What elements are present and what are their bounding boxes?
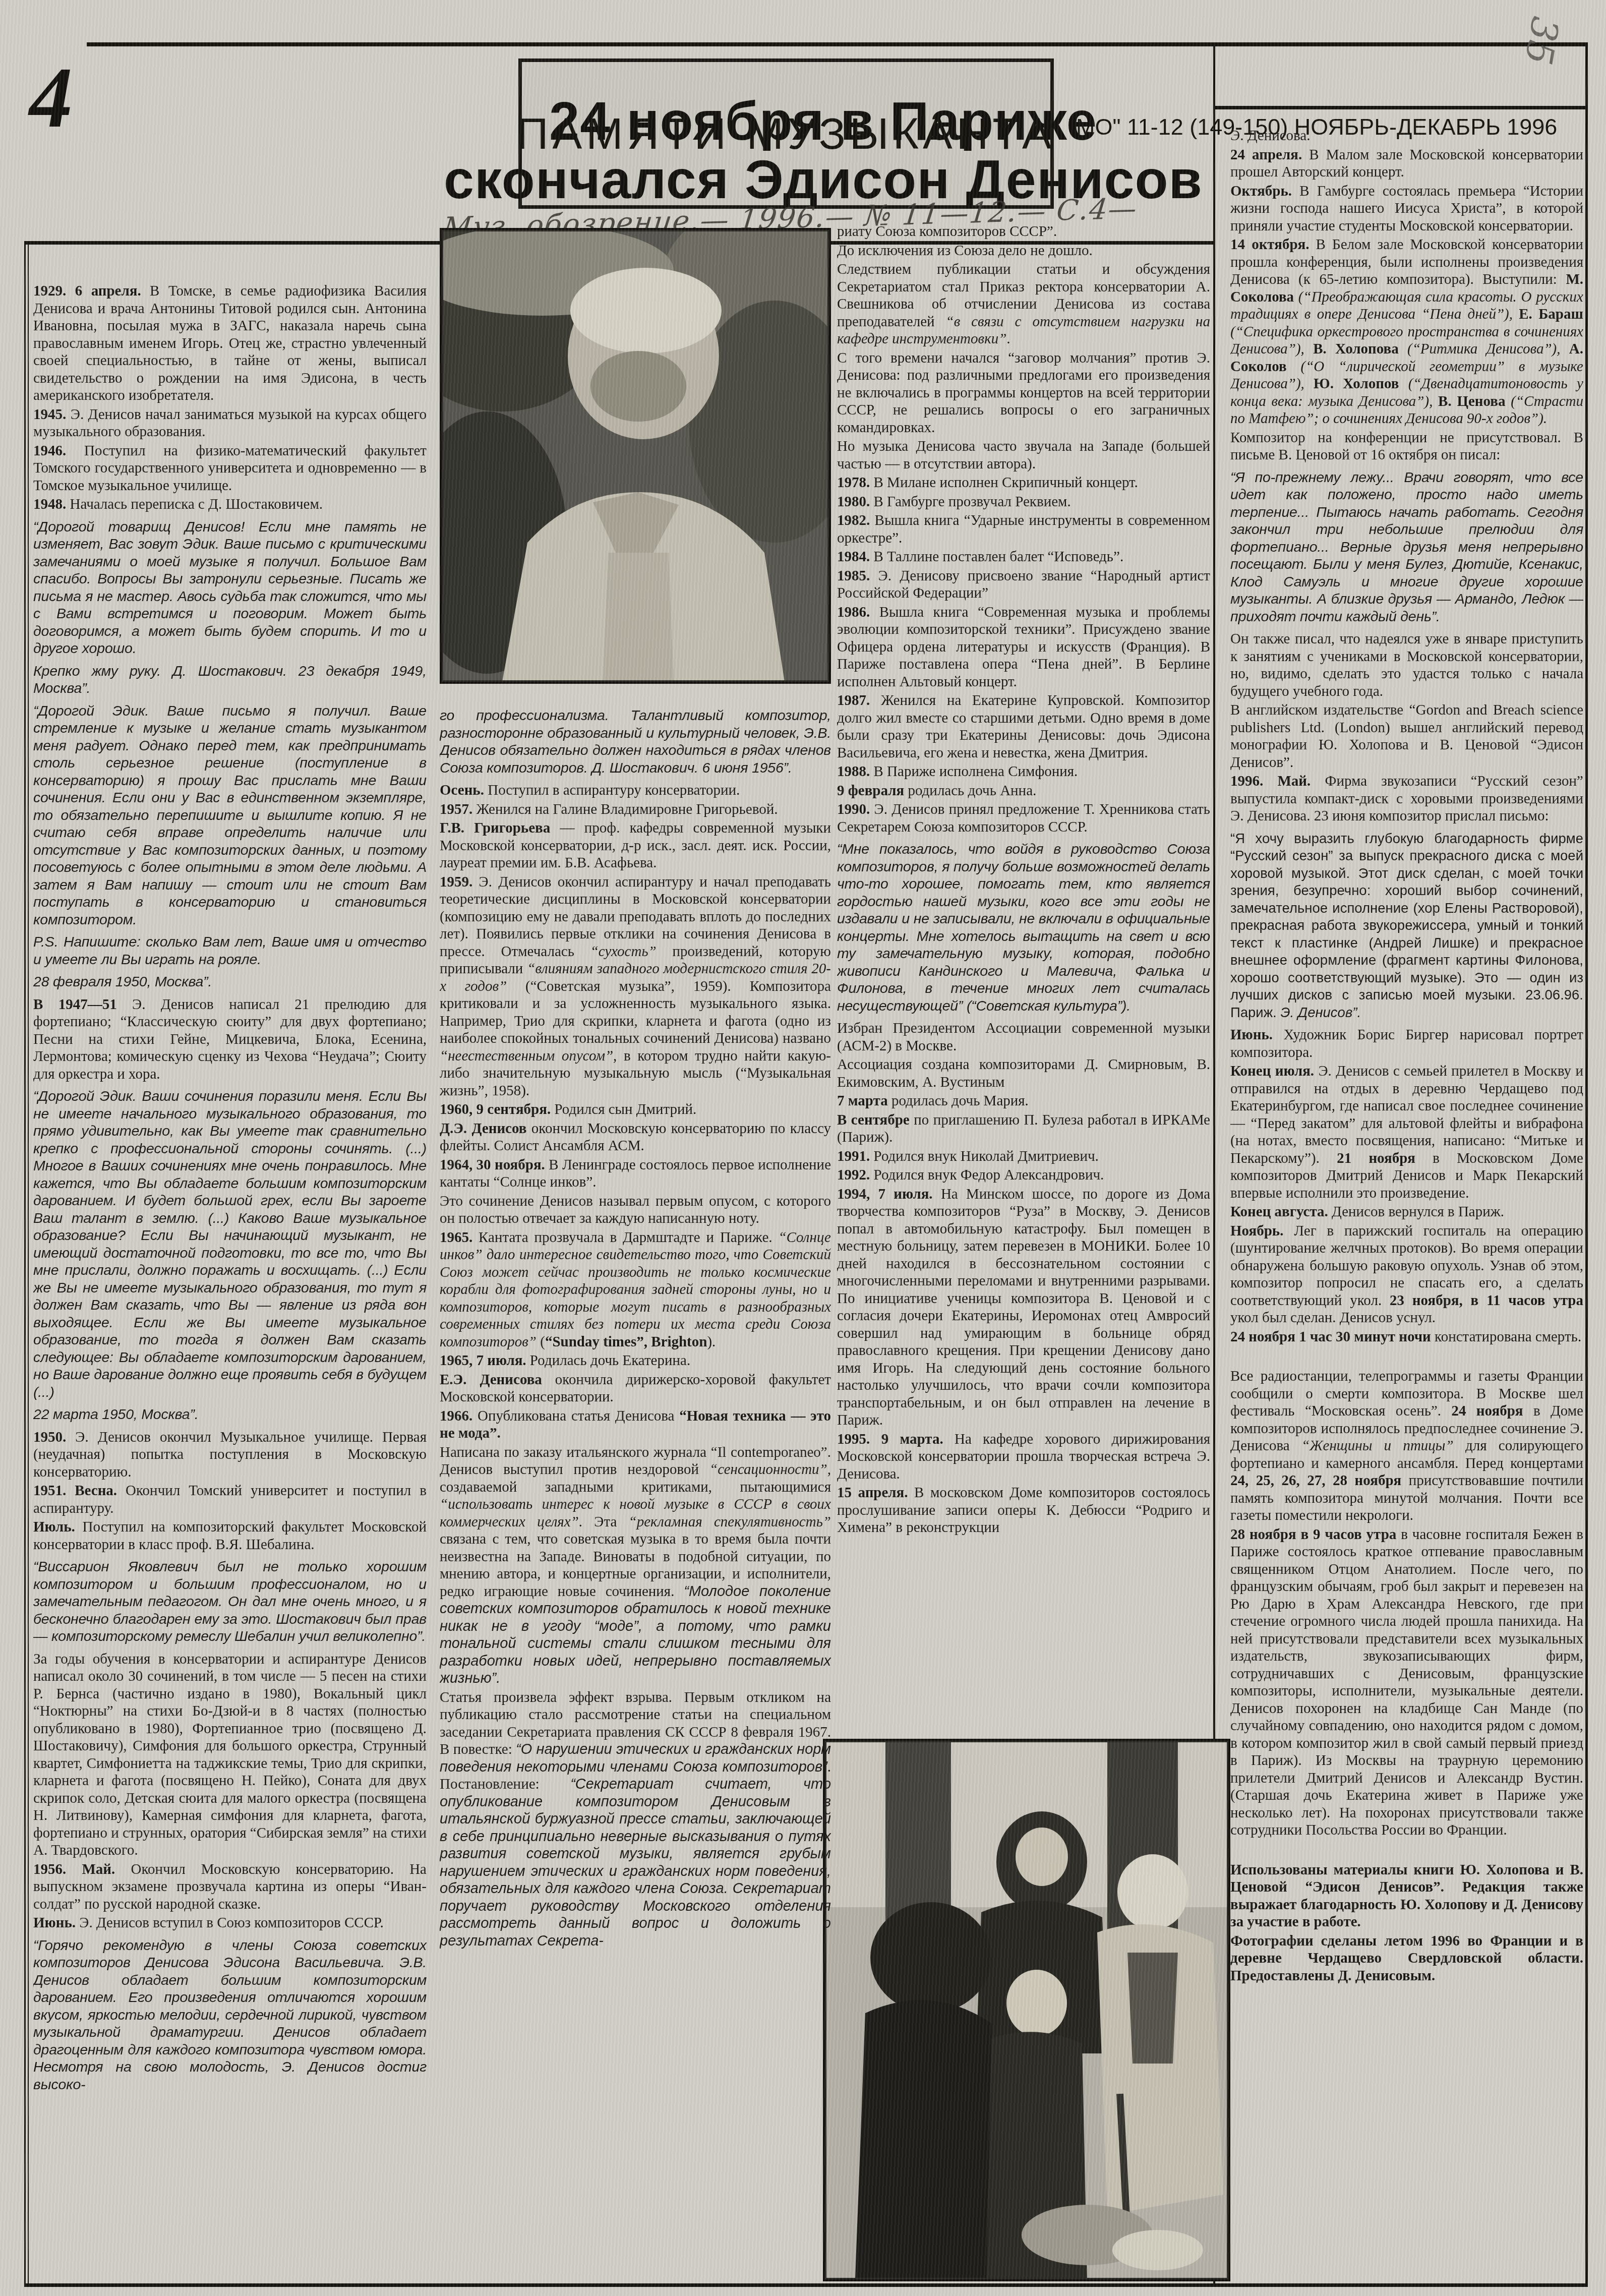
bottom-rule: [24, 2283, 1588, 2287]
paragraph: Э. Денисова.: [1230, 127, 1583, 145]
paragraph: 1948. Началась переписка с Д. Шостакович…: [33, 496, 427, 513]
paragraph: Конец августа. Денисов вернулся в Париж.: [1230, 1203, 1583, 1221]
paragraph: Но музыка Денисова часто звучала на Запа…: [837, 438, 1210, 473]
paragraph: 1950. Э. Денисов окончил Музыкальное учи…: [33, 1429, 427, 1481]
denisov-portrait-photo: [440, 228, 831, 684]
paragraph: 1966. Опубликована статья Денисова “Нова…: [440, 1407, 831, 1442]
paragraph: “Дорогой товарищ Денисов! Если мне памят…: [33, 518, 427, 658]
paragraph: С того времени начался “заговор молчания…: [837, 349, 1210, 437]
chronicle-column-1: 1929. 6 апреля. В Томске, в семье радиоф…: [33, 282, 427, 2278]
paragraph: Г.В. Григорьева — проф. кафедры современ…: [440, 819, 831, 872]
paragraph: “Мне показалось, что войдя в руководство…: [837, 841, 1210, 1015]
paragraph: В английском издательстве “Gordon and Br…: [1230, 701, 1583, 771]
paragraph: 1945. Э. Денисов начал заниматься музыко…: [33, 406, 427, 441]
chronicle-column-4: Э. Денисова.24 апреля. В Малом зале Моск…: [1230, 127, 1583, 2278]
paragraph: 14 октября. В Белом зале Московской конс…: [1230, 236, 1583, 428]
paragraph: “Дорогой Эдик. Ваше письмо я получил. Ва…: [33, 702, 427, 929]
paragraph: В 1947—51 Э. Денисов написал 21 прелюдию…: [33, 996, 427, 1083]
paragraph: 24 апреля. В Малом зале Московской консе…: [1230, 146, 1583, 181]
paragraph: Октябрь. В Гамбурге состоялась премьера …: [1230, 183, 1583, 235]
paragraph: 1987. Женился на Екатерине Купровской. К…: [837, 692, 1210, 761]
paragraph: 28 ноября в 9 часов утра в часовне госпи…: [1230, 1526, 1583, 1839]
paragraph: го профессионализма. Талантливый компози…: [440, 707, 831, 777]
paragraph: Осень. Поступил в аспирантуру консервато…: [440, 782, 831, 799]
paragraph: 1978. В Милане исполнен Скрипичный конце…: [837, 474, 1210, 492]
paragraph: 1951. Весна. Окончил Томский университет…: [33, 1482, 427, 1517]
paragraph: Крепко жму руку. Д. Шостакович. 23 декаб…: [33, 663, 427, 697]
paragraph: 1982. Вышла книга “Ударные инструменты в…: [837, 512, 1210, 547]
paragraph: 1959. Э. Денисов окончил аспирантуру и н…: [440, 873, 831, 1100]
paragraph: Июнь. Э. Денисов вступил в Союз композит…: [33, 1914, 427, 1932]
paragraph: 1960, 9 сентября. Родился сын Дмитрий.: [440, 1101, 831, 1118]
paragraph: 1985. Э. Денисову присвоено звание “Наро…: [837, 567, 1210, 602]
paragraph: P.S. Напишите: сколько Вам лет, Ваше имя…: [33, 933, 427, 968]
paragraph: 1988. В Париже исполнена Симфония.: [837, 763, 1210, 781]
paragraph: 1986. Вышла книга “Современная музыка и …: [837, 604, 1210, 691]
denisov-portrait-image: [442, 230, 829, 682]
paragraph: Использованы материалы книги Ю. Холопова…: [1230, 1861, 1583, 1931]
family-photo: [823, 1739, 1230, 2281]
paragraph: 1992. Родился внук Федор Александрович.: [837, 1166, 1210, 1184]
paragraph: 1946. Поступил на физико-математический …: [33, 442, 427, 495]
paragraph: До исключения из Союза дело не дошло.: [837, 242, 1210, 260]
paragraph: “Горячо рекомендую в члены Союза советск…: [33, 1937, 427, 2094]
paragraph: Это сочинение Денисов называл первым опу…: [440, 1193, 831, 1227]
paragraph: Конец июля. Э. Денисов с семьей прилетел…: [1230, 1063, 1583, 1202]
paragraph: 1995. 9 марта. На кафедре хорового дириж…: [837, 1431, 1210, 1483]
paragraph: риату Союза композиторов СССР”.: [837, 223, 1210, 241]
chronicle-column-2: го профессионализма. Талантливый компози…: [440, 702, 831, 2281]
paragraph: В сентябре по приглашению П. Булеза рабо…: [837, 1111, 1210, 1146]
paragraph: Статья произвела эффект взрыва. Первым о…: [440, 1689, 831, 1950]
paragraph: “Дорогой Эдик. Ваши сочинения поразили м…: [33, 1088, 427, 1401]
newspaper-page: 4 ПАМЯТИ МУЗЫКАНТА "МО" 11-12 (149-150) …: [0, 0, 1606, 2296]
chronicle-column-3: риату Союза композиторов СССР”.До исключ…: [837, 223, 1210, 1726]
headline-line-1: 24 ноября в Париже: [549, 90, 1097, 151]
paragraph: 1990. Э. Денисов принял предложение Т. Х…: [837, 801, 1210, 836]
paragraph: 15 апреля. В московском Доме композиторо…: [837, 1484, 1210, 1537]
paragraph: 1956. Май. Окончил Московскую консервато…: [33, 1861, 427, 1913]
paragraph: 1996. Май. Фирма звукозаписи “Русский се…: [1230, 773, 1583, 825]
paragraph: 1964, 30 ноября. В Ленинграде состоялось…: [440, 1156, 831, 1191]
paragraph: Е.Э. Денисова окончила дирижерско-хорово…: [440, 1371, 831, 1406]
article-headline: 24 ноября в Париже скончался Эдисон Дени…: [434, 92, 1213, 209]
paragraph: 1980. В Гамбурге прозвучал Реквием.: [837, 493, 1210, 511]
right-frame-rule: [1585, 42, 1588, 2287]
paragraph: Избран Президентом Ассоциации современно…: [837, 1020, 1210, 1054]
pen-mark: 35: [1516, 14, 1567, 68]
family-photo-image: [825, 1741, 1228, 2279]
paragraph: Композитор на конференции не присутствов…: [1230, 429, 1583, 464]
paragraph: 1994, 7 июля. На Минском шоссе, по дорог…: [837, 1186, 1210, 1429]
paragraph: Ноябрь. Лег в парижский госпиталь на опе…: [1230, 1222, 1583, 1327]
paragraph: За годы обучения в консерватории и аспир…: [33, 1651, 427, 1859]
paragraph: Д.Э. Денисов окончил Московскую консерва…: [440, 1120, 831, 1155]
page-number: 4: [29, 48, 73, 148]
paragraph: Он также писал, что надеялся уже в январ…: [1230, 630, 1583, 700]
paragraph: 1929. 6 апреля. В Томске, в семье радиоф…: [33, 282, 427, 404]
paragraph: Июль. Поступил на композиторский факульт…: [33, 1518, 427, 1553]
right-column-top-rule: [1213, 106, 1587, 109]
paragraph: Все радиостанции, телепрограммы и газеты…: [1230, 1368, 1583, 1524]
paragraph: 7 марта родилась дочь Мария.: [837, 1092, 1210, 1110]
paragraph: Июнь. Художник Борис Биргер нарисовал по…: [1230, 1026, 1583, 1061]
paragraph: “Я по-прежнему лежу... Врачи говорят, чт…: [1230, 469, 1583, 626]
paragraph: 1991. Родился внук Николай Дмитриевич.: [837, 1148, 1210, 1165]
paragraph: 1965. Кантата прозвучала в Дармштадте и …: [440, 1229, 831, 1351]
paragraph: 28 февраля 1950, Москва”.: [33, 973, 427, 991]
paragraph: 1957. Женился на Галине Владимировне Гри…: [440, 801, 831, 818]
paragraph: 1984. В Таллине поставлен балет “Исповед…: [837, 548, 1210, 566]
paragraph: 24 ноября 1 час 30 минут ночи констатиро…: [1230, 1328, 1583, 1346]
paragraph: Следствием публикации статьи и обсуждени…: [837, 261, 1210, 348]
paragraph: 9 февраля родилась дочь Анна.: [837, 782, 1210, 800]
paragraph: Фотографии сделаны летом 1996 во Франции…: [1230, 1932, 1583, 1985]
paragraph: 1965, 7 июля. Родилась дочь Екатерина.: [440, 1352, 831, 1370]
paragraph: “Виссарион Яковлевич был не только хорош…: [33, 1558, 427, 1645]
paragraph: Написана по заказу итальянского журнала …: [440, 1444, 831, 1687]
paragraph: Ассоциация создана композиторами Д. Смир…: [837, 1056, 1210, 1091]
paragraph: 22 марта 1950, Москва”.: [33, 1406, 427, 1424]
left-frame-rule: [24, 241, 29, 2283]
paragraph: “Я хочу выразить глубокую благодарность …: [1230, 830, 1583, 1022]
top-rule: [87, 42, 1587, 46]
